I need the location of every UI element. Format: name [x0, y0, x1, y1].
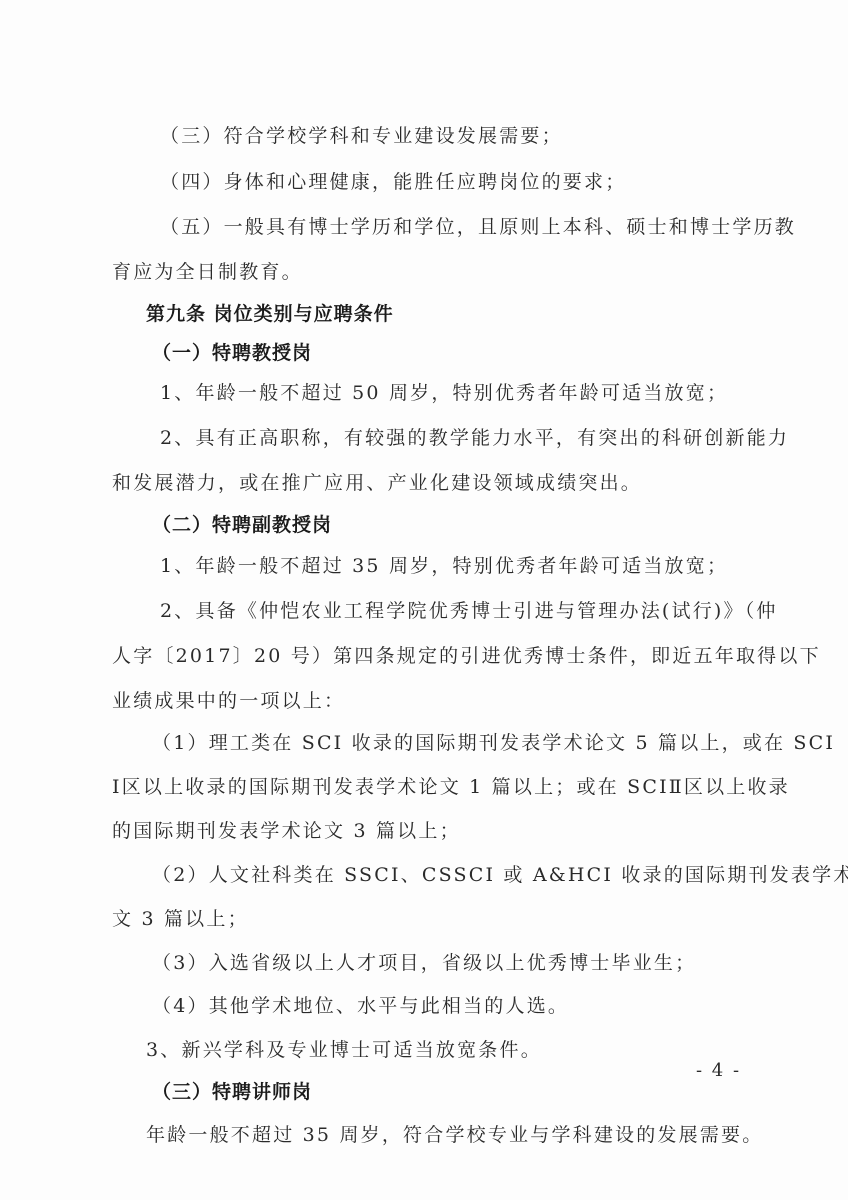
- paragraph-line: （2）人文社科类在 SSCI、CSSCI 或 A&HCI 收录的国际期刊发表学术…: [152, 863, 848, 887]
- paragraph-line: 3、新兴学科及专业博士可适当放宽条件。: [146, 1038, 542, 1062]
- page-number: - 4 -: [696, 1060, 741, 1081]
- paragraph-line: 人字〔2017〕20 号）第四条规定的引进优秀博士条件，即近五年取得以下: [112, 644, 821, 668]
- paragraph-line: Ⅰ区以上收录的国际期刊发表学术论文 1 篇以上；或在 SCIⅡ区以上收录: [112, 775, 790, 799]
- paragraph-line: （1）理工类在 SCI 收录的国际期刊发表学术论文 5 篇以上，或在 SCI: [152, 731, 835, 755]
- paragraph-line: （三）符合学校学科和专业建设发展需要；: [160, 124, 563, 148]
- paragraph-line: 和发展潜力，或在推广应用、产业化建设领域成绩突出。: [112, 471, 642, 495]
- paragraph-line: 2、具有正高职称，有较强的教学能力水平，有突出的科研创新能力: [160, 426, 789, 450]
- paragraph-line: 的国际期刊发表学术论文 3 篇以上；: [112, 819, 461, 843]
- section-heading: 第九条 岗位类别与应聘条件: [146, 302, 394, 326]
- paragraph-line: 文 3 篇以上；: [112, 907, 249, 931]
- paragraph-line: （四）身体和心理健康，能胜任应聘岗位的要求；: [160, 170, 626, 194]
- paragraph-line: 年龄一般不超过 35 周岁，符合学校专业与学科建设的发展需要。: [146, 1123, 763, 1147]
- paragraph-line: 业绩成果中的一项以上：: [112, 689, 345, 713]
- section-heading: （二）特聘副教授岗: [152, 513, 332, 537]
- section-heading: （三）特聘讲师岗: [152, 1080, 312, 1104]
- document-page: （三）符合学校学科和专业建设发展需要；（四）身体和心理健康，能胜任应聘岗位的要求…: [0, 0, 848, 1200]
- paragraph-line: （3）入选省级以上人才项目，省级以上优秀博士毕业生；: [152, 951, 696, 975]
- paragraph-line: 1、年龄一般不超过 35 周岁，特别优秀者年龄可适当放宽；: [160, 554, 728, 578]
- paragraph-line: 1、年龄一般不超过 50 周岁，特别优秀者年龄可适当放宽；: [160, 381, 728, 405]
- paragraph-line: （五）一般具有博士学历和学位，且原则上本科、硕士和博士学历教: [160, 215, 796, 239]
- paragraph-line: 育应为全日制教育。: [112, 260, 303, 284]
- paragraph-line: 2、具备《仲恺农业工程学院优秀博士引进与管理办法(试行)》（仲: [160, 599, 778, 623]
- paragraph-line: （4）其他学术地位、水平与此相当的人选。: [152, 994, 569, 1018]
- section-heading: （一）特聘教授岗: [152, 341, 312, 365]
